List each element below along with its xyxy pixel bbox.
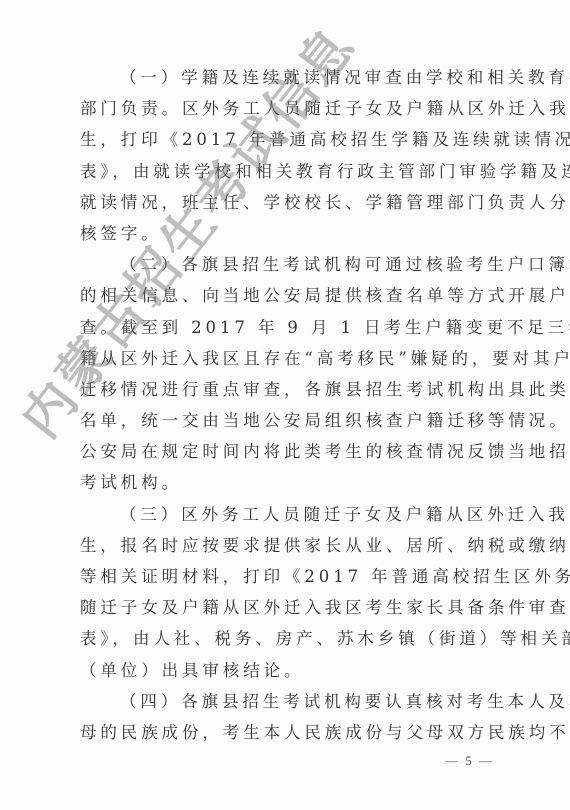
document-page: （一）学籍及连续就读情况审查由学校和相关教育行政 部门负责。区外务工人员随迁子女… (0, 0, 570, 810)
paragraph-4-line-2: 母的民族成份，考生本人民族成份与父母双方民族均不符 (80, 717, 492, 748)
paragraph-2-line-3: 查。截至到 2017 年 9 月 1 日考生户籍变更不足三年的和户 (80, 312, 492, 343)
page-number: — 5 — (445, 753, 494, 769)
document-body: （一）学籍及连续就读情况审查由学校和相关教育行政 部门负责。区外务工人员随迁子女… (80, 62, 492, 748)
paragraph-3-line-6: （单位）出具审核结论。 (80, 655, 492, 686)
paragraph-3-line-5: 表》，由人社、税务、房产、苏木乡镇（街道）等相关部门 (80, 623, 492, 654)
paragraph-4-line-1: （四）各旗县招生考试机构要认真核对考生本人及其父 (80, 686, 492, 717)
paragraph-1-line-2: 部门负责。区外务工人员随迁子女及户籍从区外迁入我区考 (80, 93, 492, 124)
paragraph-3-line-1: （三）区外务工人员随迁子女及户籍从区外迁入我区考 (80, 499, 492, 530)
paragraph-3-line-3: 等相关证明材料，打印《2017 年普通高校招生区外务工人员 (80, 561, 492, 592)
paragraph-2-line-6: 名单，统一交由当地公安局组织核查户籍迁移等情况。旗县 (80, 405, 492, 436)
paragraph-2-line-8: 考试机构。 (80, 467, 492, 498)
paragraph-1-line-6: 核签字。 (80, 218, 492, 249)
paragraph-3-line-2: 生，报名时应按要求提供家长从业、居所、纳税或缴纳社保 (80, 530, 492, 561)
paragraph-1-line-4: 表》，由就读学校和相关教育行政主管部门审验学籍及连续 (80, 156, 492, 187)
paragraph-3-line-4: 随迁子女及户籍从区外迁入我区考生家长具备条件审查 (80, 592, 492, 623)
paragraph-1-line-1: （一）学籍及连续就读情况审查由学校和相关教育行政 (80, 62, 492, 93)
paragraph-2-line-2: 的相关信息、向当地公安局提供核查名单等方式开展户籍审 (80, 280, 492, 311)
paragraph-2-line-7: 公安局在规定时间内将此类考生的核查情况反馈当地招生 (80, 436, 492, 467)
paragraph-1-line-3: 生，打印《2017 年普通高校招生学籍及连续就读情况审查 (80, 124, 492, 155)
paragraph-2-line-5: 迁移情况进行重点审查，各旗县招生考试机构出具此类考生 (80, 374, 492, 405)
paragraph-1-line-5: 就读情况，班主任、学校校长、学籍管理部门负责人分别审 (80, 187, 492, 218)
paragraph-2-line-1: （二）各旗县招生考试机构可通过核验考生户口簿载明 (80, 249, 492, 280)
paragraph-2-line-4: 籍从区外迁入我区且存在“高考移民”嫌疑的，要对其户籍 (80, 343, 492, 374)
